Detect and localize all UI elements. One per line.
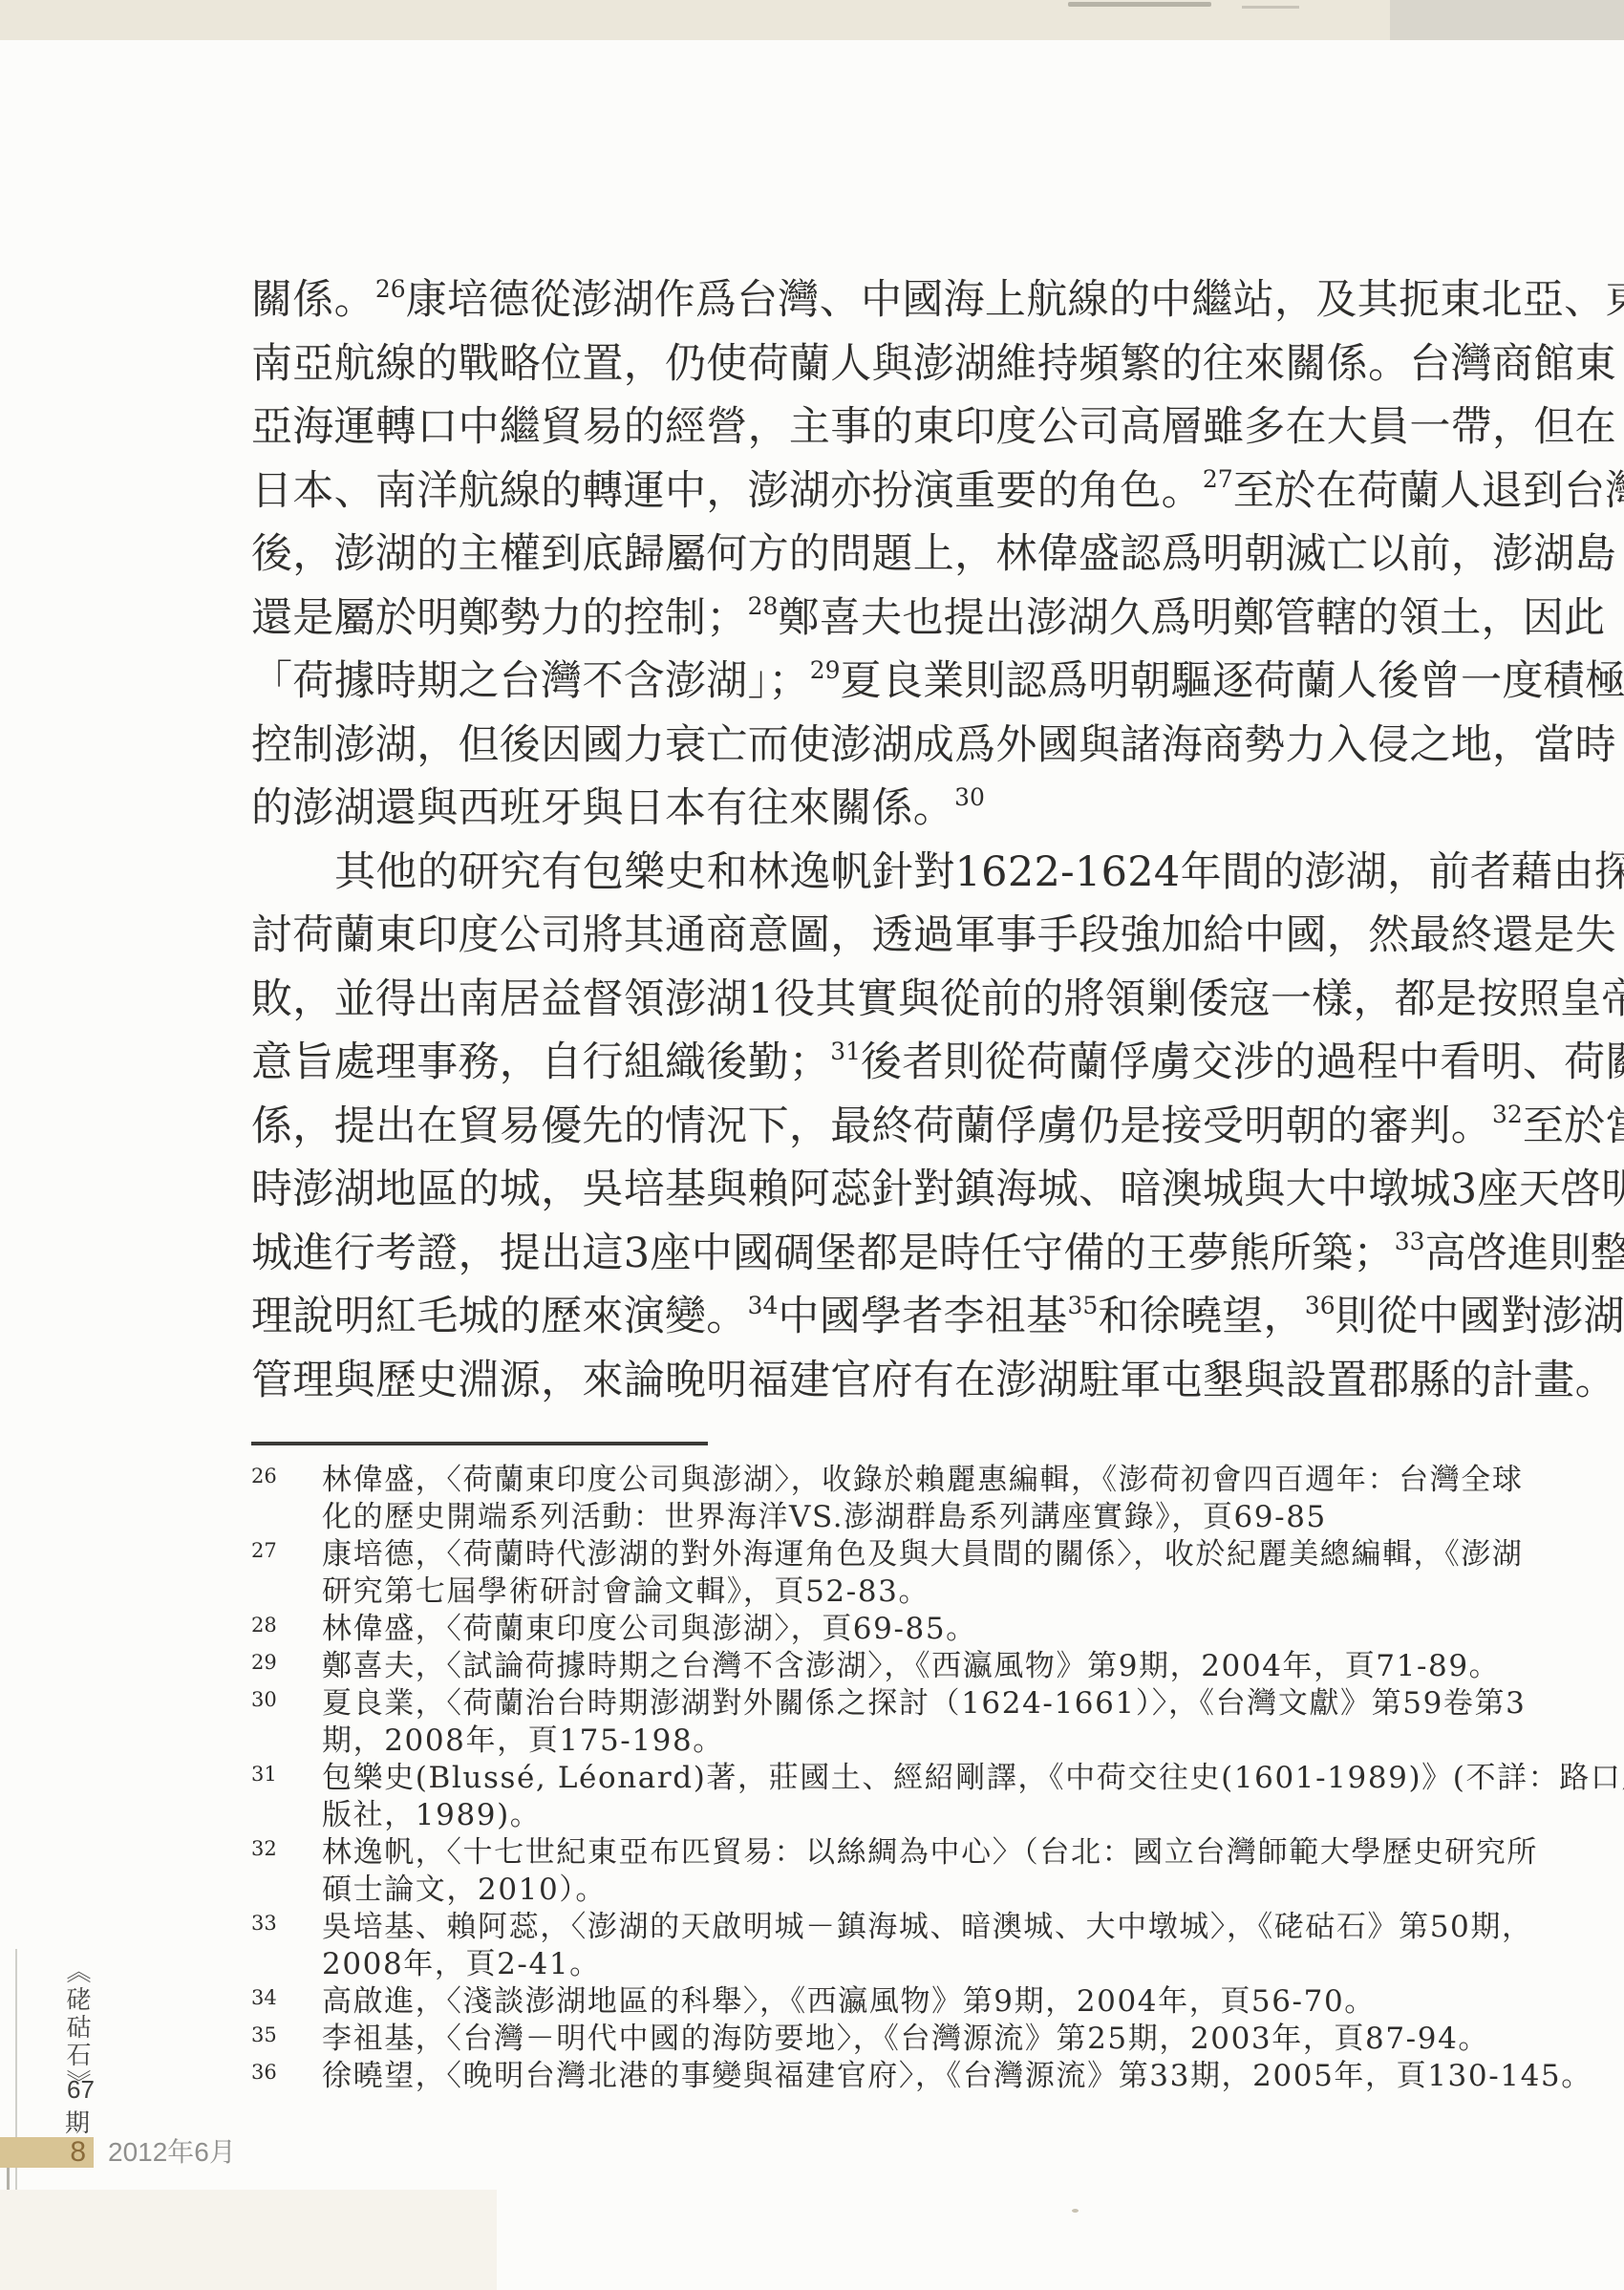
footnote-number: 31 (251, 1760, 322, 1786)
footnote-ref: 27 (1203, 465, 1233, 493)
body-text-run: 夏良業則認爲明朝驅逐荷蘭人後曾一度積極 (841, 657, 1624, 705)
footnote-line: 碩士論文，2010）。 (322, 1872, 1538, 1909)
body-text-run: 時澎湖地區的城，吳培基與賴阿蕊針對鎮海城、暗澳城與大中墩城3座天啓明 (251, 1166, 1624, 1213)
issue-date: 2012年6月 (108, 2137, 236, 2168)
page-number: 8 (70, 2137, 86, 2168)
body-line: 城進行考證，提出這3座中國碉堡都是時任守備的王夢熊所築；33高啓進則整 (251, 1222, 1503, 1286)
body-text-run: 康培德從澎湖作爲台灣、中國海上航線的中繼站，及其扼東北亞、東 (406, 276, 1624, 324)
body-text-run: 則從中國對澎湖的 (1336, 1293, 1624, 1340)
body-text-run: 還是屬於明鄭勢力的控制； (251, 594, 748, 642)
body-line: 後，澎湖的主權到底歸屬何方的問題上，林偉盛認爲明朝滅亡以前，澎湖島 (251, 523, 1503, 587)
body-text-run: 的澎湖還與西班牙與日本有往來關係。 (251, 784, 954, 832)
footnote-item: 34高啟進，〈淺談澎湖地區的科舉〉，《西瀛風物》第9期，2004年，頁56-70… (251, 1983, 1512, 2021)
footnote-line: 化的歷史開端系列活動：世界海洋VS.澎湖群島系列講座實錄》，頁69-85 (322, 1499, 1524, 1536)
scan-pencil-mark (1068, 2, 1211, 7)
footnote-number: 35 (251, 2021, 322, 2046)
footnote-number: 32 (251, 1834, 322, 1860)
body-line: 討荷蘭東印度公司將其通商意圖，透過軍事手段強加給中國，然最終還是失 (251, 904, 1503, 968)
scan-edge-shade (0, 2190, 497, 2290)
scan-edge-band (0, 0, 1624, 40)
body-text-run: 敗，並得出南居益督領澎湖1役其實與從前的將領剿倭寇一樣，都是按照皇帝 (251, 975, 1624, 1023)
body-line: 控制澎湖，但後因國力衰亡而使澎湖成爲外國與諸海商勢力入侵之地，當時 (251, 714, 1503, 778)
issue-unit-label: 期 (65, 2104, 90, 2139)
footnote-line: 高啟進，〈淺談澎湖地區的科舉〉，《西瀛風物》第9期，2004年，頁56-70。 (322, 1983, 1512, 2021)
footnote-text: 林逸帆，〈十七世紀東亞布匹貿易：以絲綢為中心〉（台北：國立台灣師範大學歷史研究所… (322, 1834, 1538, 1909)
footnote-line: 鄭喜夫，〈試論荷據時期之台灣不含澎湖〉，《西瀛風物》第9期，2004年，頁71-… (322, 1648, 1512, 1685)
footnote-text: 高啟進，〈淺談澎湖地區的科舉〉，《西瀛風物》第9期，2004年，頁56-70。 (322, 1983, 1512, 2021)
footnote-number: 29 (251, 1648, 322, 1674)
body-line: 的澎湖還與西班牙與日本有往來關係。30 (251, 777, 1503, 841)
body-text-run: 其他的研究有包樂史和林逸帆針對1622-1624年間的澎湖，前者藉由探 (334, 848, 1624, 896)
footnote-line: 李祖基，〈台灣－明代中國的海防要地〉，《台灣源流》第25期，2003年，頁87-… (322, 2021, 1512, 2058)
footnotes-section: 26林偉盛，〈荷蘭東印度公司與澎湖〉，收錄於賴麗惠編輯，《澎荷初會四百週年：台灣… (251, 1462, 1512, 2095)
footnote-item: 33吳培基、賴阿蕊，〈澎湖的天啟明城－鎮海城、暗澳城、大中墩城〉，《硓𥑮石》第5… (251, 1909, 1512, 1983)
footnote-item: 31包樂史(Blussé, Léonard)著，莊國土、經紹剛譯，《中荷交往史(… (251, 1760, 1512, 1834)
footnote-line: 研究第七屆學術研討會論文輯》，頁52-83。 (322, 1573, 1524, 1611)
page-number-band: 8 (0, 2137, 94, 2168)
footnote-line: 包樂史(Blussé, Léonard)著，莊國土、經紹剛譯，《中荷交往史(16… (322, 1760, 1624, 1797)
footnote-line: 版社，1989)。 (322, 1797, 1624, 1834)
body-text-run: 管理與歷史淵源，來論晚明福建官府有在澎湖駐軍屯墾與設置郡縣的計畫。 (251, 1357, 1616, 1404)
body-text-run: 鄭喜夫也提出澎湖久爲明鄭管轄的領土，因此 (778, 594, 1605, 642)
footnote-text: 鄭喜夫，〈試論荷據時期之台灣不含澎湖〉，《西瀛風物》第9期，2004年，頁71-… (322, 1648, 1512, 1685)
body-line: 意旨處理事務，自行組織後勤；31後者則從荷蘭俘虜交涉的過程中看明、荷關 (251, 1031, 1503, 1095)
footnote-ref: 29 (810, 656, 841, 684)
scan-pencil-mark (1242, 6, 1299, 9)
body-text-run: 後者則從荷蘭俘虜交涉的過程中看明、荷關 (861, 1038, 1624, 1086)
body-text-run: 意旨處理事務，自行組織後勤； (251, 1038, 830, 1086)
body-text-run: 理說明紅毛城的歷來演變。 (251, 1293, 748, 1340)
footnote-text: 林偉盛，〈荷蘭東印度公司與澎湖〉，收錄於賴麗惠編輯，《澎荷初會四百週年：台灣全球… (322, 1462, 1524, 1536)
issue-number: 67 (67, 2075, 95, 2105)
footnote-number: 28 (251, 1611, 322, 1637)
footnote-item: 27康培德，〈荷蘭時代澎湖的對外海運角色及與大員間的關係〉，收於紀麗美總編輯，《… (251, 1536, 1512, 1611)
body-text-run: 關係。 (251, 276, 375, 324)
footnote-text: 徐曉望，〈晚明台灣北港的事變與福建官府〉，《台灣源流》第33期，2005年，頁1… (322, 2058, 1592, 2095)
body-text-run: 後，澎湖的主權到底歸屬何方的問題上，林偉盛認爲明朝滅亡以前，澎湖島 (251, 530, 1616, 578)
body-line: 「荷據時期之台灣不含澎湖」；29夏良業則認爲明朝驅逐荷蘭人後曾一度積極 (251, 650, 1503, 714)
body-line: 敗，並得出南居益督領澎湖1役其實與從前的將領剿倭寇一樣，都是按照皇帝 (251, 968, 1503, 1032)
footnote-item: 26林偉盛，〈荷蘭東印度公司與澎湖〉，收錄於賴麗惠編輯，《澎荷初會四百週年：台灣… (251, 1462, 1512, 1536)
body-text-run: 亞海運轉口中繼貿易的經營，主事的東印度公司高層雖多在大員一帶，但在 (251, 403, 1616, 451)
body-text-run: 南亞航線的戰略位置，仍使荷蘭人與澎湖維持頻繁的往來關係。台灣商館東 (251, 340, 1616, 388)
body-line: 還是屬於明鄭勢力的控制；28鄭喜夫也提出澎湖久爲明鄭管轄的領土，因此 (251, 587, 1503, 651)
paragraph: 關係。26康培德從澎湖作爲台灣、中國海上航線的中繼站，及其扼東北亞、東南亞航線的… (251, 268, 1503, 841)
body-line: 日本、南洋航線的轉運中，澎湖亦扮演重要的角色。27至於在荷蘭人退到台灣 (251, 460, 1503, 524)
footnote-number: 34 (251, 1983, 322, 2009)
footnote-text: 康培德，〈荷蘭時代澎湖的對外海運角色及與大員間的關係〉，收於紀麗美總編輯，《澎湖… (322, 1536, 1524, 1611)
footnote-line: 徐曉望，〈晚明台灣北港的事變與福建官府〉，《台灣源流》第33期，2005年，頁1… (322, 2058, 1592, 2095)
footnote-text: 李祖基，〈台灣－明代中國的海防要地〉，《台灣源流》第25期，2003年，頁87-… (322, 2021, 1512, 2058)
footnote-line: 夏良業，〈荷蘭治台時期澎湖對外關係之探討（1624-1661）〉，《台灣文獻》第… (322, 1685, 1526, 1723)
footnote-ref: 31 (830, 1038, 861, 1065)
body-line: 係，提出在貿易優先的情況下，最終荷蘭俘虜仍是接受明朝的審判。32至於當 (251, 1095, 1503, 1159)
body-text-run: 高啓進則整 (1425, 1230, 1624, 1277)
footnote-ref: 34 (748, 1292, 779, 1319)
footnote-item: 36徐曉望，〈晚明台灣北港的事變與福建官府〉，《台灣源流》第33期，2005年，… (251, 2058, 1512, 2095)
footnote-line: 吳培基、賴阿蕊，〈澎湖的天啟明城－鎮海城、暗澳城、大中墩城〉，《硓𥑮石》第50期… (322, 1909, 1533, 1946)
scan-edge-band-right (1390, 0, 1624, 40)
footnote-line: 2008年，頁2-41。 (322, 1946, 1533, 1983)
footnote-number: 30 (251, 1685, 322, 1711)
footnote-ref: 33 (1395, 1228, 1425, 1255)
body-text-run: 「荷據時期之台灣不含澎湖」； (251, 657, 810, 705)
body-text-run: 至於在荷蘭人退到台灣 (1233, 467, 1624, 515)
body-text: 關係。26康培德從澎湖作爲台灣、中國海上航線的中繼站，及其扼東北亞、東南亞航線的… (251, 268, 1503, 1412)
body-text-run: 至於當 (1523, 1102, 1624, 1150)
footnote-line: 康培德，〈荷蘭時代澎湖的對外海運角色及與大員間的關係〉，收於紀麗美總編輯，《澎湖 (322, 1536, 1524, 1573)
body-text-run: 係，提出在貿易優先的情況下，最終荷蘭俘虜仍是接受明朝的審判。 (251, 1102, 1492, 1150)
scan-speck (1072, 2209, 1079, 2213)
footnote-separator-rule (251, 1442, 708, 1445)
footnote-text: 吳培基、賴阿蕊，〈澎湖的天啟明城－鎮海城、暗澳城、大中墩城〉，《硓𥑮石》第50期… (322, 1909, 1533, 1983)
body-text-run: 日本、南洋航線的轉運中，澎湖亦扮演重要的角色。 (251, 467, 1203, 515)
footnote-line: 期，2008年，頁175-198。 (322, 1723, 1526, 1760)
footnote-ref: 36 (1305, 1292, 1336, 1319)
body-text-run: 控制澎湖，但後因國力衰亡而使澎湖成爲外國與諸海商勢力入侵之地，當時 (251, 721, 1616, 769)
footnote-number: 33 (251, 1909, 322, 1935)
footnote-line: 林偉盛，〈荷蘭東印度公司與澎湖〉，收錄於賴麗惠編輯，《澎荷初會四百週年：台灣全球 (322, 1462, 1524, 1499)
scanned-journal-page: 關係。26康培德從澎湖作爲台灣、中國海上航線的中繼站，及其扼東北亞、東南亞航線的… (0, 0, 1624, 2290)
footnote-line: 林偉盛，〈荷蘭東印度公司與澎湖〉，頁69-85。 (322, 1611, 1512, 1648)
footnote-ref: 26 (375, 275, 406, 303)
footnote-text: 夏良業，〈荷蘭治台時期澎湖對外關係之探討（1624-1661）〉，《台灣文獻》第… (322, 1685, 1526, 1760)
footnote-number: 27 (251, 1536, 322, 1562)
body-text-run: 城進行考證，提出這3座中國碉堡都是時任守備的王夢熊所築； (251, 1230, 1395, 1277)
footnote-number: 26 (251, 1462, 322, 1487)
footnote-item: 35李祖基，〈台灣－明代中國的海防要地〉，《台灣源流》第25期，2003年，頁8… (251, 2021, 1512, 2058)
body-line: 其他的研究有包樂史和林逸帆針對1622-1624年間的澎湖，前者藉由探 (251, 841, 1503, 905)
body-line: 管理與歷史淵源，來論晚明福建官府有在澎湖駐軍屯墾與設置郡縣的計畫。 (251, 1349, 1503, 1413)
body-line: 亞海運轉口中繼貿易的經營，主事的東印度公司高層雖多在大員一帶，但在 (251, 396, 1503, 460)
body-text-run: 討荷蘭東印度公司將其通商意圖，透過軍事手段強加給中國，然最終還是失 (251, 911, 1616, 959)
paragraph: 其他的研究有包樂史和林逸帆針對1622-1624年間的澎湖，前者藉由探討荷蘭東印… (251, 841, 1503, 1413)
footnote-item: 30夏良業，〈荷蘭治台時期澎湖對外關係之探討（1624-1661）〉，《台灣文獻… (251, 1685, 1512, 1760)
body-text-run: 中國學者李祖基 (778, 1293, 1067, 1340)
footnote-ref: 30 (954, 783, 985, 811)
footnote-text: 包樂史(Blussé, Léonard)著，莊國土、經紹剛譯，《中荷交往史(16… (322, 1760, 1624, 1834)
body-line: 南亞航線的戰略位置，仍使荷蘭人與澎湖維持頻繁的往來關係。台灣商館東 (251, 332, 1503, 396)
footnote-ref: 28 (748, 592, 779, 620)
body-line: 理說明紅毛城的歷來演變。34中國學者李祖基35和徐曉望，36則從中國對澎湖的 (251, 1285, 1503, 1349)
footnote-ref: 32 (1492, 1101, 1523, 1128)
footnote-number: 36 (251, 2058, 322, 2084)
footnote-ref: 35 (1068, 1292, 1099, 1319)
body-text-run: 和徐曉望， (1098, 1293, 1305, 1340)
footnote-line: 林逸帆，〈十七世紀東亞布匹貿易：以絲綢為中心〉（台北：國立台灣師範大學歷史研究所 (322, 1834, 1538, 1872)
footnote-text: 林偉盛，〈荷蘭東印度公司與澎湖〉，頁69-85。 (322, 1611, 1512, 1648)
body-line: 時澎湖地區的城，吳培基與賴阿蕊針對鎮海城、暗澳城與大中墩城3座天啓明 (251, 1158, 1503, 1222)
footnote-item: 28林偉盛，〈荷蘭東印度公司與澎湖〉，頁69-85。 (251, 1611, 1512, 1648)
footnote-item: 32林逸帆，〈十七世紀東亞布匹貿易：以絲綢為中心〉（台北：國立台灣師範大學歷史研… (251, 1834, 1512, 1909)
body-line: 關係。26康培德從澎湖作爲台灣、中國海上航線的中繼站，及其扼東北亞、東 (251, 268, 1503, 332)
footnote-item: 29鄭喜夫，〈試論荷據時期之台灣不含澎湖〉，《西瀛風物》第9期，2004年，頁7… (251, 1648, 1512, 1685)
